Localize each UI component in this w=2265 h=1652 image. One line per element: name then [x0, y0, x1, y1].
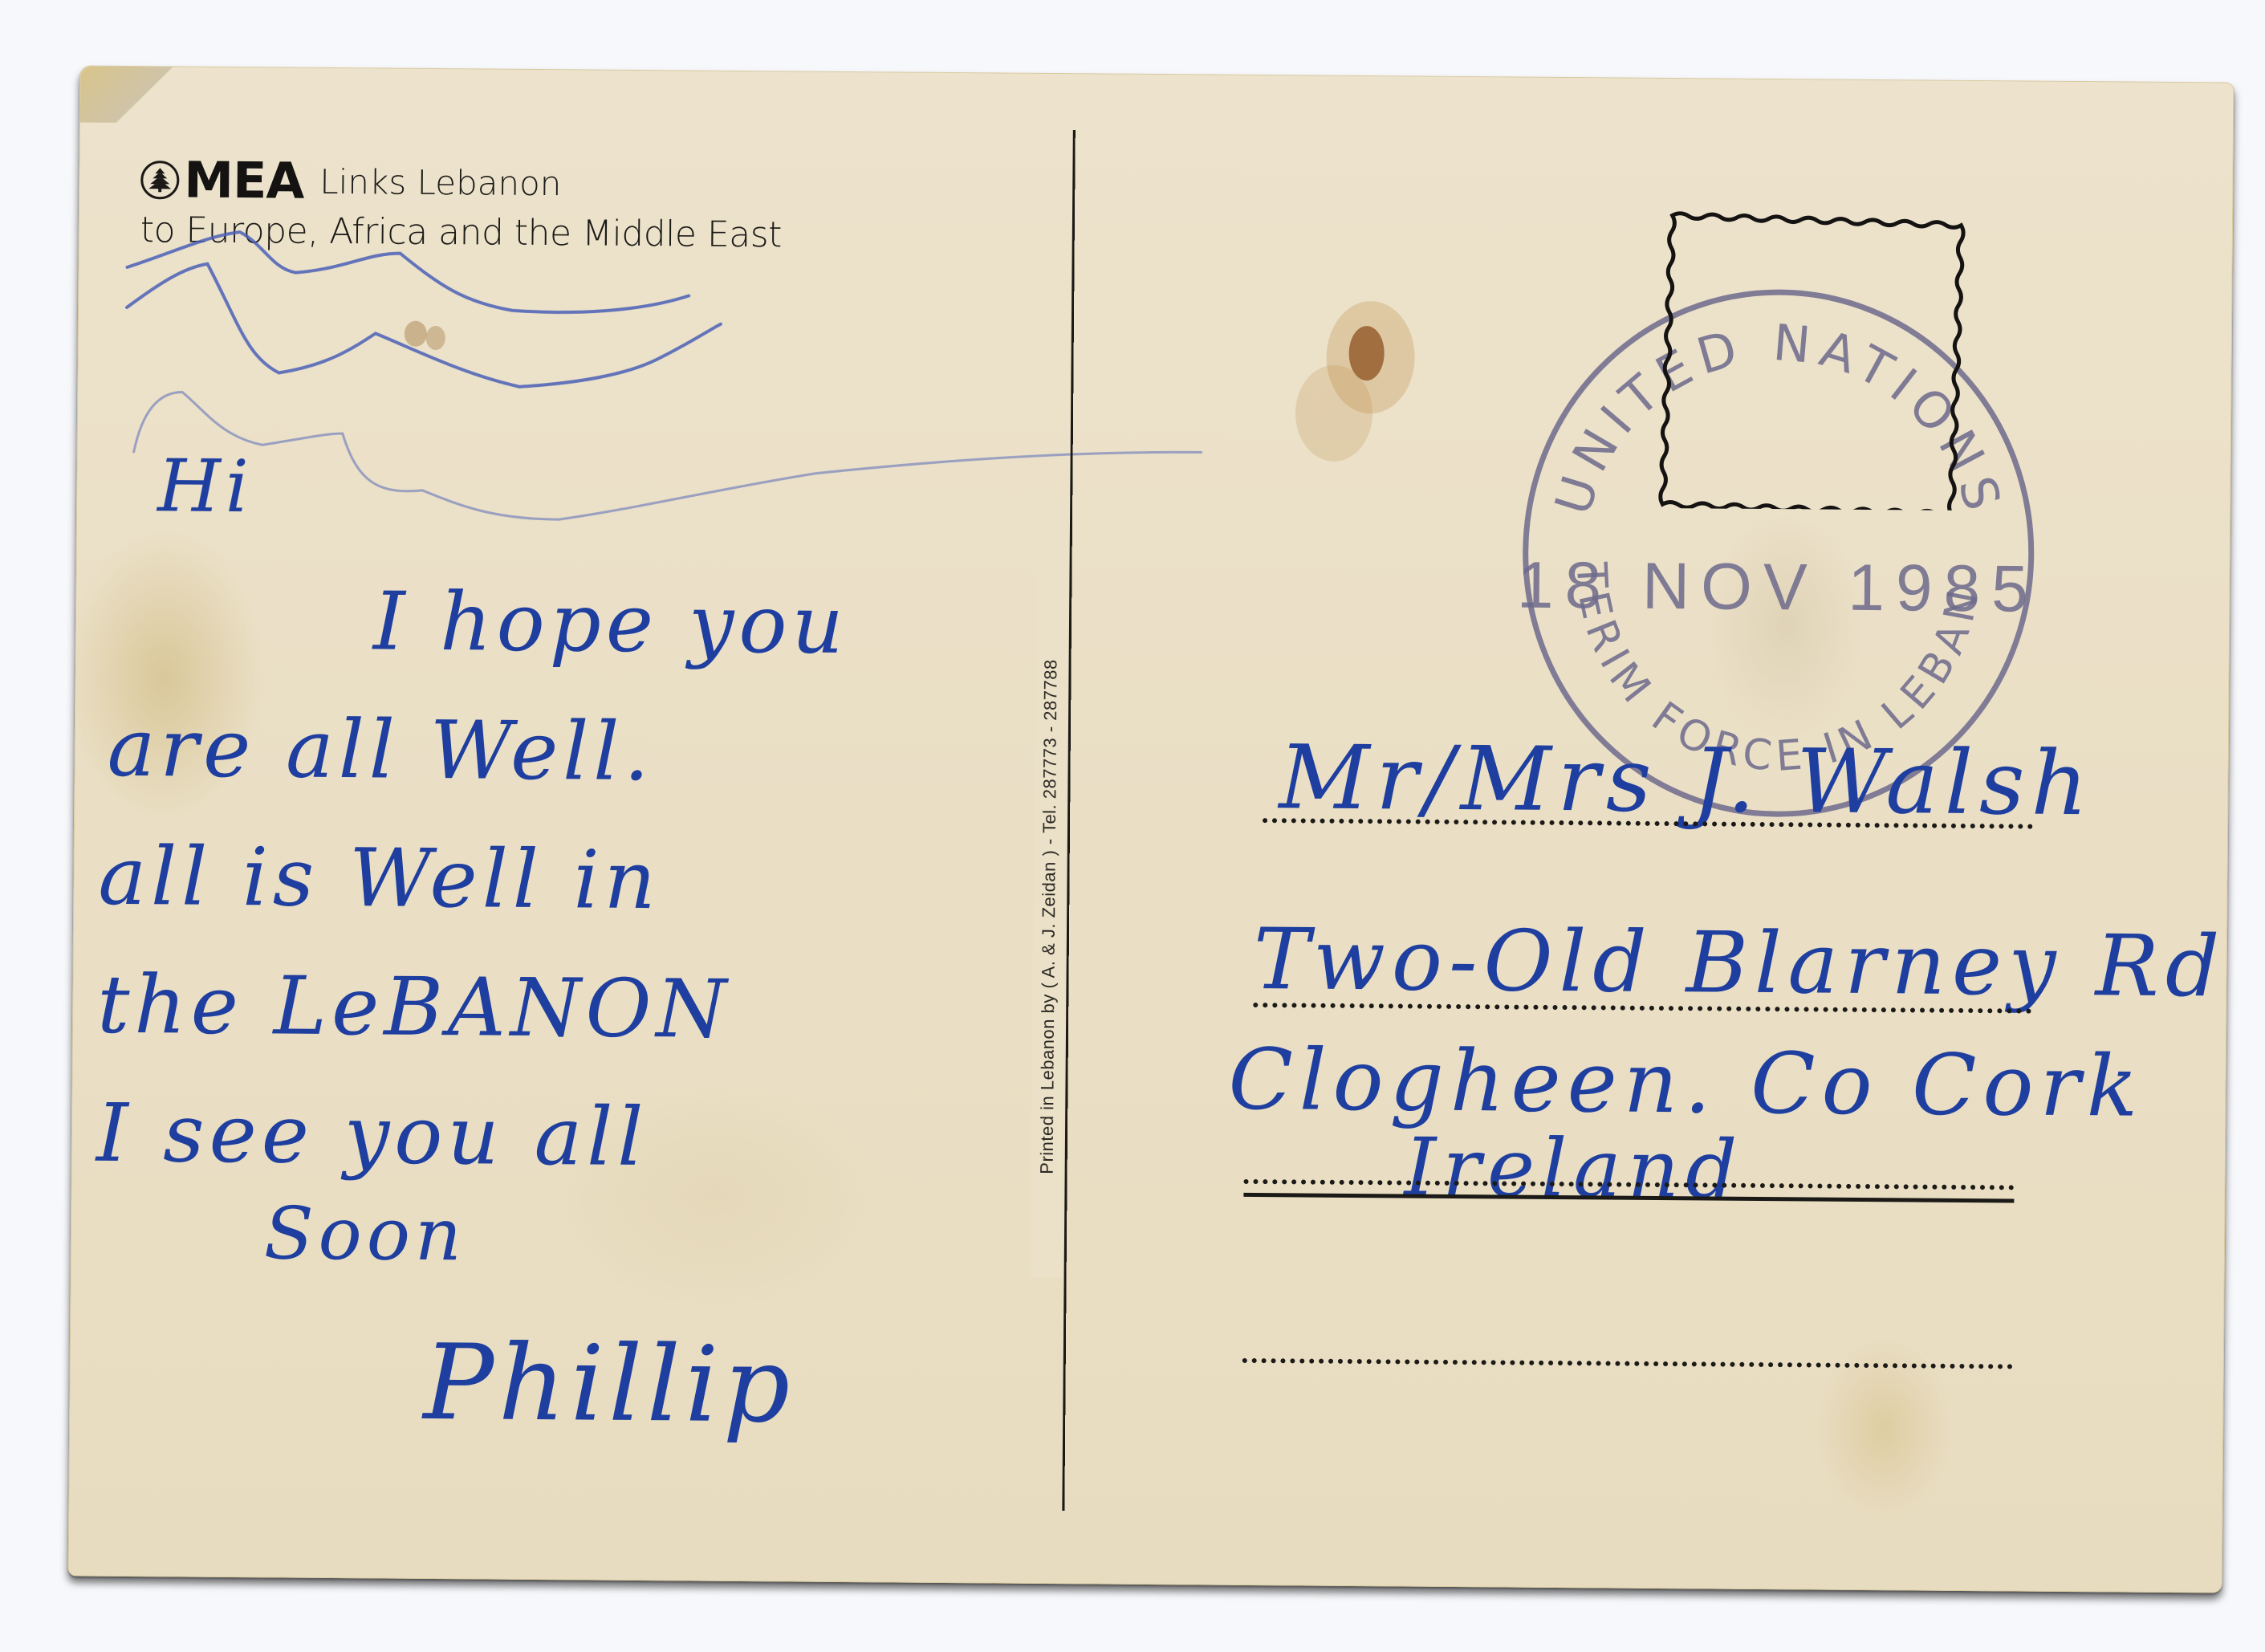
signature: Phillip: [423, 1321, 795, 1447]
torn-corner: [80, 66, 177, 123]
stamp-box: [1658, 211, 1966, 511]
postcard: MEA Links Lebanon to Europe, Africa and …: [68, 65, 2235, 1593]
address-line-3: Clogheen. Co Cork: [1228, 1031, 2145, 1136]
message-line-1: Hi: [157, 444, 254, 529]
brand-name: MEA: [184, 156, 304, 206]
mea-logo: MEA Links Lebanon: [140, 155, 562, 208]
message-line-6: I see you all: [96, 1086, 649, 1184]
cedar-tree-icon: [140, 161, 179, 199]
printer-info: Printed in Lebanon by ( A. & J. Zeidan )…: [1031, 555, 1068, 1278]
message-line-5: the LeBANON: [97, 958, 732, 1056]
address-dotted-line-4: [1242, 1358, 2013, 1369]
message-line-2: I hope you: [373, 574, 849, 672]
message-line-4: all is Well in: [98, 829, 661, 927]
address-line-4: Ireland: [1404, 1120, 1743, 1216]
message-line-7: Soon: [264, 1191, 467, 1277]
tagline-1: Links Lebanon: [319, 161, 561, 202]
message-line-3: are all Well.: [107, 701, 654, 799]
address-line-2: Two-Old Blarney Rd: [1253, 910, 2226, 1016]
tagline-2: to Europe, Africa and the Middle East: [140, 210, 782, 255]
